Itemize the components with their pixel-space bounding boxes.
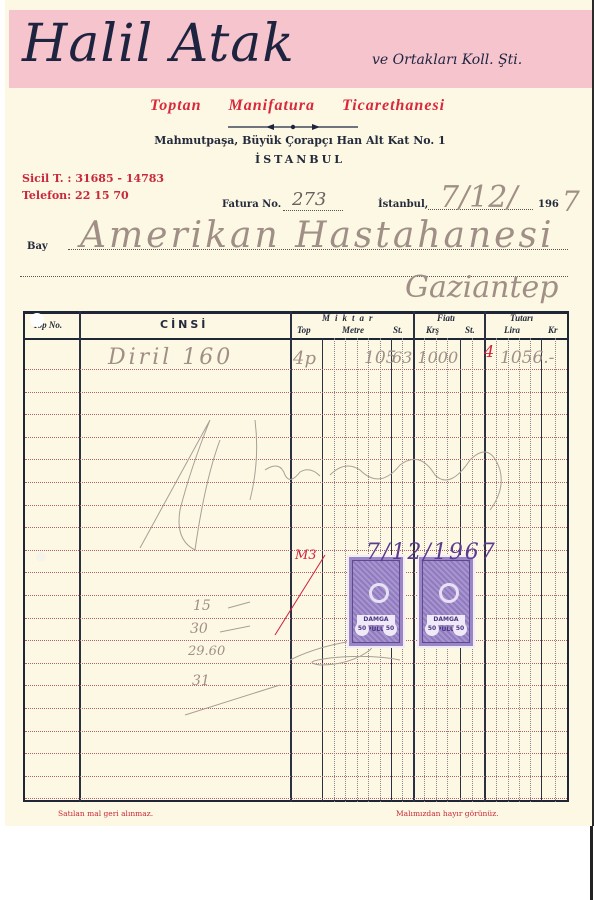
table-rule: [25, 392, 567, 393]
cell-tutar-lira[interactable]: 1056.-: [500, 348, 554, 368]
revenue-stamp: DAMGA PULU 50 50: [347, 555, 405, 648]
bay-label: Bay: [27, 241, 48, 252]
sicil-number: Sicil T. : 31685 - 14783: [22, 172, 164, 185]
header-tutari: Tutarı: [510, 313, 533, 323]
cell-top[interactable]: 4p: [293, 348, 316, 369]
ornament-divider-icon: [228, 124, 358, 130]
stamp-value: 50: [355, 622, 369, 636]
grid-dot: [555, 338, 556, 802]
stamp-value: 50: [425, 622, 439, 636]
header-miktar-top: Top: [297, 325, 311, 335]
cell-fiat[interactable]: 63 1000: [392, 348, 458, 367]
stamp-pattern: DAMGA PULU 50 50: [352, 560, 400, 643]
grid-dot: [530, 338, 531, 802]
table-rule: [25, 753, 567, 754]
header-miktar: Miktar: [322, 313, 378, 323]
footer-left-note: Satılan mal geri alınmaz.: [58, 809, 153, 818]
revenue-stamp: DAMGA PULU 50 50: [417, 555, 475, 648]
customer-city[interactable]: Gaziantep: [405, 270, 558, 305]
cell-tutar-mark: 4: [484, 342, 494, 361]
header-miktar-metre: Metre: [342, 325, 364, 335]
stamp-value: 50: [383, 622, 397, 636]
crescent-star-icon: [439, 583, 459, 603]
cell-cinsi[interactable]: Diril 160: [108, 345, 233, 370]
header-tutari-lira: Lira: [504, 325, 520, 335]
fatura-field-line: [283, 210, 343, 211]
header-fiati-st: St.: [465, 325, 475, 335]
fatura-value[interactable]: 273: [292, 189, 326, 210]
page-edge: [590, 826, 593, 900]
header-cinsi: CİNSİ: [160, 318, 208, 331]
table-rule: [25, 776, 567, 777]
col-divider-lira: [541, 338, 542, 802]
header-miktar-st: St.: [393, 325, 403, 335]
firm-address: Mahmutpaşa, Büyük Çorapçı Han Alt Kat No…: [0, 134, 595, 147]
fatura-label: Fatura No.: [222, 199, 281, 210]
date-value[interactable]: 7/12/: [440, 180, 517, 215]
punch-hole: [30, 313, 44, 327]
firm-suffix: ve Ortakları Koll. Şti.: [372, 52, 522, 68]
city-label: İstanbul,: [378, 199, 428, 210]
customer-name[interactable]: Amerikan Hastahanesi: [80, 215, 554, 256]
table-header-divider: [23, 338, 569, 340]
header-fiati: Fiatı: [437, 313, 455, 323]
footer-right-note: Malımızdan hayır görünüz.: [396, 809, 499, 818]
table-rule: [25, 731, 567, 732]
punch-hole: [36, 552, 46, 562]
table-rule: [25, 369, 567, 370]
stamp-cancel-date: 7/12/1967: [366, 540, 497, 565]
firm-name: Halil Atak: [22, 14, 295, 74]
telefon-number: Telefon: 22 15 70: [22, 189, 129, 202]
crescent-star-icon: [369, 583, 389, 603]
red-stroke-icon: [270, 550, 330, 640]
stamp-pattern: DAMGA PULU 50 50: [422, 560, 470, 643]
year-suffix[interactable]: 7: [562, 185, 580, 218]
tagline: Toptan Manifatura Ticarethanesi: [0, 97, 595, 115]
year-prefix: 196: [538, 199, 559, 210]
table-rule: [25, 798, 567, 799]
firm-city: İSTANBUL: [0, 153, 595, 166]
header-tutari-kr: Kr: [548, 325, 558, 335]
stamp-value: 50: [453, 622, 467, 636]
header-fiati-krs: Krş: [426, 325, 439, 335]
